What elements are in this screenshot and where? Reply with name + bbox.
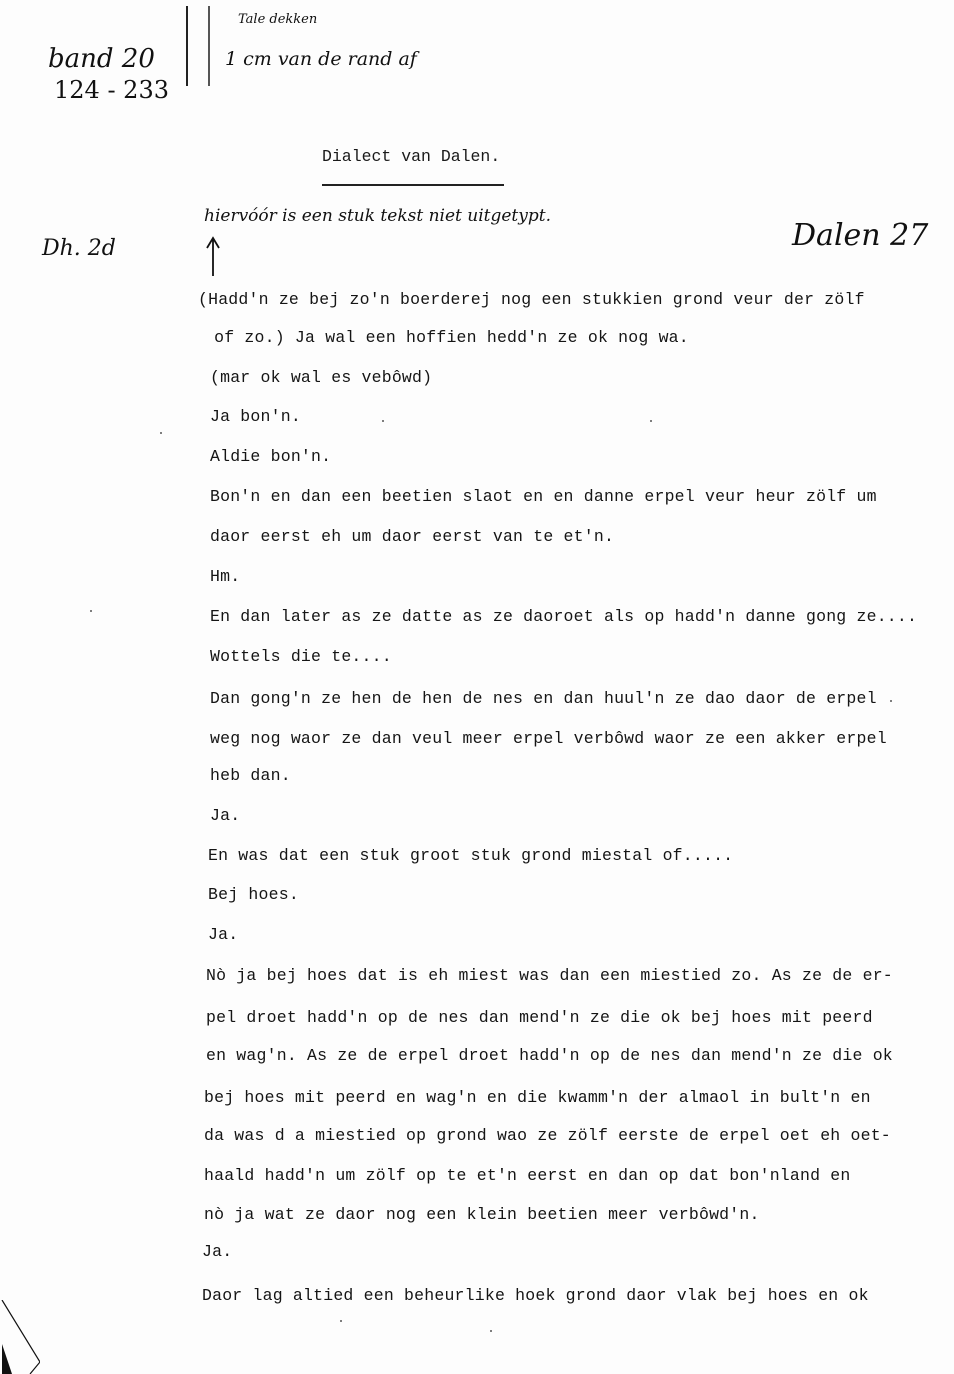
scan-speck xyxy=(490,1330,492,1332)
body-line: Ja bon'n. xyxy=(210,407,301,426)
margin-line-left xyxy=(186,6,188,86)
body-line: Aldie bon'n. xyxy=(210,447,331,466)
page-range-note: 124 - 233 xyxy=(54,76,169,104)
body-line: Daor lag altied een beheurlike hoek gron… xyxy=(202,1286,869,1305)
body-line: en wag'n. As ze de erpel droet hadd'n op… xyxy=(206,1046,893,1065)
body-line: (mar ok wal es vebôwd) xyxy=(210,368,432,387)
top-note-2: 1 cm van de rand af xyxy=(225,48,417,70)
scan-speck xyxy=(890,700,892,702)
body-line: haald hadd'n um zölf op te et'n eerst en… xyxy=(204,1166,851,1185)
body-line: heb dan. xyxy=(210,766,291,785)
body-line: Nò ja bej hoes dat is eh miest was dan e… xyxy=(206,966,893,985)
body-line: Bon'n en dan een beetien slaot en en dan… xyxy=(210,487,877,506)
body-line: of zo.) Ja wal een hoffien hedd'n ze ok … xyxy=(204,328,689,347)
scan-speck xyxy=(340,1320,342,1322)
body-line: da was d a miestied op grond wao ze zölf… xyxy=(204,1126,891,1145)
body-line: nò ja wat ze daor nog een klein beetien … xyxy=(204,1205,760,1224)
scan-speck xyxy=(160,432,162,434)
scan-speck xyxy=(90,610,92,612)
body-line: Bej hoes. xyxy=(208,885,299,904)
body-line: daor eerst eh um daor eerst van te et'n. xyxy=(210,527,614,546)
right-reference: Dalen 27 xyxy=(792,218,928,253)
body-line: En dan later as ze datte as ze daoroet a… xyxy=(210,607,917,626)
margin-line-right xyxy=(208,6,210,86)
insertion-note: hiervóór is een stuk tekst niet uitgetyp… xyxy=(204,206,551,226)
volume-note: band 20 xyxy=(48,44,155,74)
body-line: bej hoes mit peerd en wag'n en die kwamm… xyxy=(204,1088,871,1107)
top-note-1: Tale dekken xyxy=(238,12,317,27)
page-corner-fold xyxy=(0,1300,40,1374)
body-line: Wottels die te.... xyxy=(210,647,392,666)
document-title: Dialect van Dalen. xyxy=(322,147,500,166)
arrow-up-icon xyxy=(206,236,220,276)
body-line: Ja. xyxy=(210,806,240,825)
body-line: Ja. xyxy=(202,1242,232,1261)
body-line: (Hadd'n ze bej zo'n boerderej nog een st… xyxy=(198,290,865,309)
title-underline xyxy=(322,184,504,186)
body-line: Dan gong'n ze hen de hen de nes en dan h… xyxy=(210,689,877,708)
scan-speck xyxy=(382,420,384,422)
body-line: weg nog waor ze dan veul meer erpel verb… xyxy=(210,729,887,748)
scanned-page: band 20 124 - 233 Tale dekken 1 cm van d… xyxy=(0,0,954,1374)
body-line: pel droet hadd'n op de nes dan mend'n ze… xyxy=(206,1008,873,1027)
body-line: Ja. xyxy=(208,925,238,944)
body-line: En was dat een stuk groot stuk grond mie… xyxy=(208,846,733,865)
left-reference: Dh. 2d xyxy=(42,236,116,261)
scan-speck xyxy=(650,420,652,422)
body-line: Hm. xyxy=(210,567,240,586)
